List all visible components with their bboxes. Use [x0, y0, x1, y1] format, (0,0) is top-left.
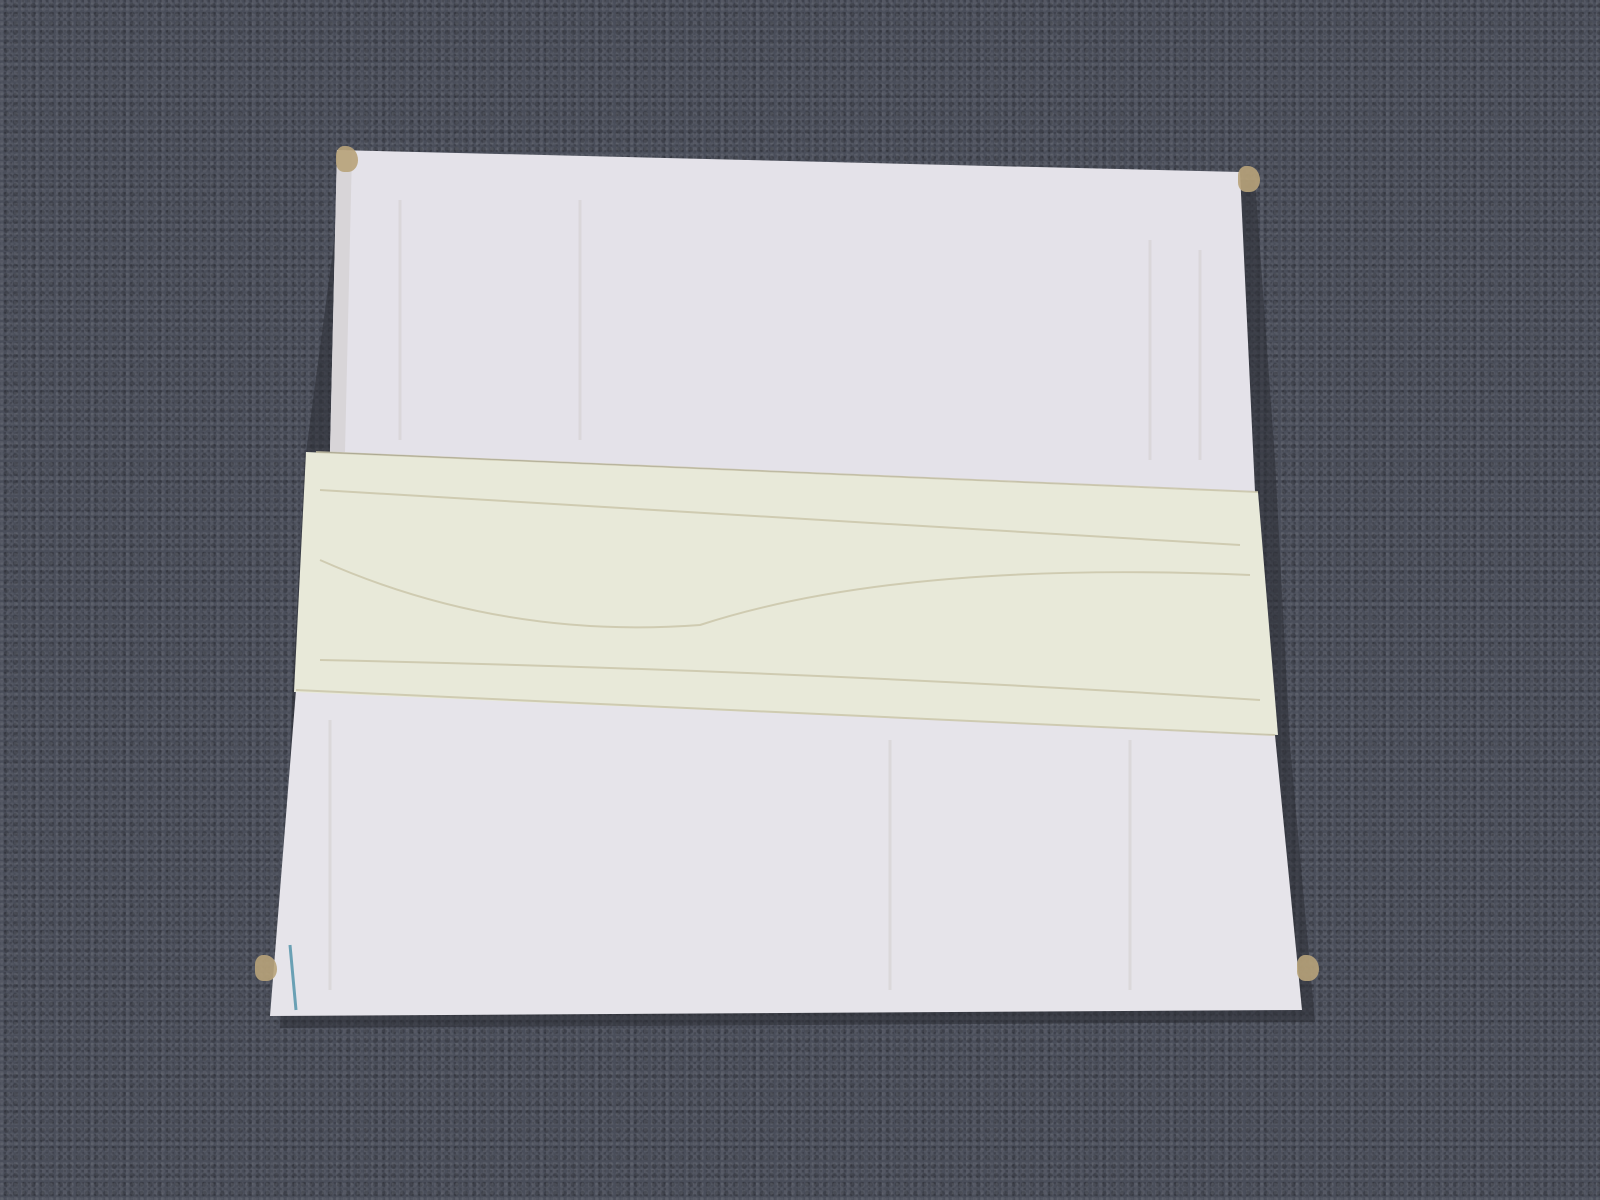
torn-corner-tab: [255, 955, 277, 981]
torn-corner-tab: [1297, 955, 1319, 981]
torn-corner-tab: [336, 146, 358, 172]
torn-corner-tab: [1238, 166, 1260, 192]
box-top-panel: [330, 150, 1255, 492]
box: [0, 0, 1600, 1200]
box-bottom-panel: [270, 690, 1302, 1016]
